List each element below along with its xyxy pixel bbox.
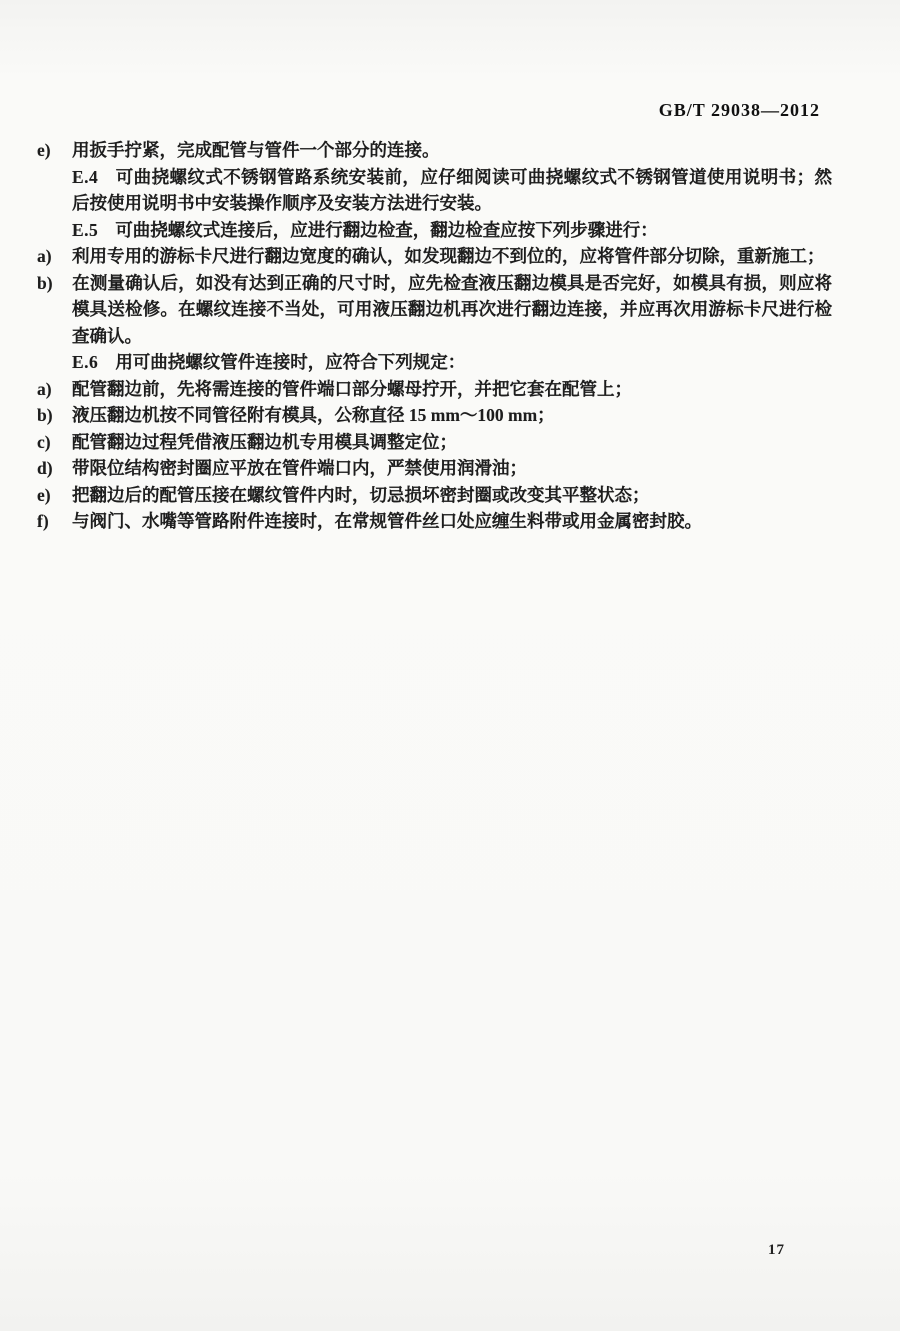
list-item-text: 配管翻边前，先将需连接的管件端口部分螺母拧开，并把它套在配管上； — [72, 379, 632, 399]
list-item-e5-a: a)利用专用的游标卡尺进行翻边宽度的确认，如发现翻边不到位的，应将管件部分切除，… — [72, 243, 832, 270]
list-item-e6-a: a)配管翻边前，先将需连接的管件端口部分螺母拧开，并把它套在配管上； — [72, 376, 832, 403]
list-item-text: 带限位结构密封圈应平放在管件端口内，严禁使用润滑油； — [72, 458, 527, 478]
list-item-e5-b: b)在测量确认后，如没有达到正确的尺寸时，应先检查液压翻边模具是否完好，如模具有… — [72, 270, 832, 350]
list-item-label: f) — [37, 508, 72, 535]
list-item-text: 与阀门、水嘴等管路附件连接时，在常规管件丝口处应缠生料带或用金属密封胶。 — [72, 511, 702, 531]
list-item-label: d) — [37, 455, 72, 482]
list-item-e6-d: d)带限位结构密封圈应平放在管件端口内，严禁使用润滑油； — [72, 455, 832, 482]
list-item-e6-c: c)配管翻边过程凭借液压翻边机专用模具调整定位； — [72, 429, 832, 456]
clause-e5: E.5可曲挠螺纹式连接后，应进行翻边检查，翻边检查应按下列步骤进行： — [72, 217, 832, 244]
list-item-text: 利用专用的游标卡尺进行翻边宽度的确认，如发现翻边不到位的，应将管件部分切除，重新… — [72, 246, 825, 266]
clause-number: E.6 — [72, 352, 98, 372]
list-item-label: e) — [37, 137, 72, 164]
list-item-label: a) — [37, 243, 72, 270]
list-item-e6-e: e)把翻边后的配管压接在螺纹管件内时，切忌损坏密封圈或改变其平整状态； — [72, 482, 832, 509]
clause-text: 用可曲挠螺纹管件连接时，应符合下列规定： — [115, 352, 465, 372]
list-item-e6-f: f)与阀门、水嘴等管路附件连接时，在常规管件丝口处应缠生料带或用金属密封胶。 — [72, 508, 832, 535]
list-item-text: 把翻边后的配管压接在螺纹管件内时，切忌损坏密封圈或改变其平整状态； — [72, 485, 650, 505]
clause-text: 可曲挠螺纹式连接后，应进行翻边检查，翻边检查应按下列步骤进行： — [115, 220, 658, 240]
clause-e4: E.4可曲挠螺纹式不锈钢管路系统安装前，应仔细阅读可曲挠螺纹式不锈钢管道使用说明… — [72, 164, 832, 217]
clause-number: E.5 — [72, 220, 98, 240]
list-item-label: b) — [37, 270, 72, 297]
document-body: e)用扳手拧紧，完成配管与管件一个部分的连接。 E.4可曲挠螺纹式不锈钢管路系统… — [72, 137, 832, 535]
list-item-text: 液压翻边机按不同管径附有模具，公称直径 15 mm～100 mm； — [72, 405, 555, 425]
standard-number: GB/T 29038—2012 — [659, 100, 820, 121]
document-page: GB/T 29038—2012 e)用扳手拧紧，完成配管与管件一个部分的连接。 … — [0, 0, 900, 1331]
list-item-text: 用扳手拧紧，完成配管与管件一个部分的连接。 — [72, 140, 440, 160]
list-item-label: c) — [37, 429, 72, 456]
list-item-e-carryover: e)用扳手拧紧，完成配管与管件一个部分的连接。 — [72, 137, 832, 164]
page-number: 17 — [768, 1242, 785, 1259]
clause-text: 可曲挠螺纹式不锈钢管路系统安装前，应仔细阅读可曲挠螺纹式不锈钢管道使用说明书；然… — [72, 167, 832, 214]
list-item-label: e) — [37, 482, 72, 509]
list-item-text: 配管翻边过程凭借液压翻边机专用模具调整定位； — [72, 432, 457, 452]
list-item-label: b) — [37, 402, 72, 429]
list-item-text: 在测量确认后，如没有达到正确的尺寸时，应先检查液压翻边模具是否完好，如模具有损，… — [72, 273, 832, 346]
list-item-e6-b: b)液压翻边机按不同管径附有模具，公称直径 15 mm～100 mm； — [72, 402, 832, 429]
clause-e6: E.6用可曲挠螺纹管件连接时，应符合下列规定： — [72, 349, 832, 376]
clause-number: E.4 — [72, 167, 98, 187]
list-item-label: a) — [37, 376, 72, 403]
